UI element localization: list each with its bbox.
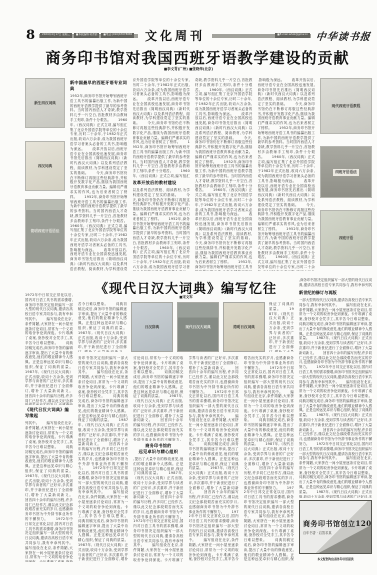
- text-column: 新中国最早的西班牙语专业词典 1952年,商务印书馆开始筹划西班牙语工具书的编纂…: [70, 78, 128, 271]
- text-column: 学界与读者的广泛好评,多次重印,并于新世纪进行了全面修订,增补了大量新词新义。 …: [189, 356, 239, 562]
- date-line: 2024年4月17日 星期三: [40, 33, 72, 38]
- header-rule-left: 2024年4月17日 星期三 ■本版编辑:陈菁霞 ■电话:(010)670788…: [39, 34, 138, 38]
- body-text: ,商务印书馆决定组织编写一部大型的现代日汉词典,邀请各高校日语专家共同参与,我有…: [299, 278, 372, 288]
- book-cover-title: 现代西班牙语教程: [332, 104, 361, 109]
- text-column: 讨论词目,常常为一个义项的取舍争论到深夜。卡片堆满了桌案,誊抄校对全凭手工,其辛…: [133, 356, 183, 562]
- column-subheading: 新世纪的修订与再版: [299, 290, 372, 296]
- page-number: 8: [26, 28, 35, 43]
- body-text: 京外国语学院等单位的十余位专家,历时二十余年,于1982年正式出版,收词六万余条…: [133, 78, 191, 178]
- book-cover-title: 新生西汉词典: [34, 101, 56, 106]
- body-text: 1972年中日邦交正常化以后,国内对日语工具书的需求骤增,商务印书馆决定组织编写…: [25, 293, 73, 405]
- body-text: 1952年,商务印书馆开始筹划西班牙语工具书的编纂出版工作,为新中国的西班牙语教…: [70, 94, 128, 271]
- body-text: ,影响极为深远。 改革开放以后,西班牙语专业在全国高校迅速发展,商务印书馆先后推…: [258, 78, 316, 271]
- body-text: 讨论词目,常常为一个义项的取舍争论到深夜。卡片堆满了桌案,誊抄校对全凭手工,其辛…: [133, 356, 183, 441]
- dictionary-photo: 现代日汉大词典: [177, 302, 219, 352]
- book-cover-title: 西汉词典: [38, 164, 52, 169]
- body-text: 奇缺,教学资料几乎一片空白,首批教材多由教师手工刻印,条件十分艰苦。 1960年…: [195, 78, 253, 271]
- page-header: 8 2024年4月17日 星期三 ■本版编辑:陈菁霞 ■电话:(010)6707…: [26, 28, 371, 43]
- body-text: 列其中。 编写组设在北京,条件简陋,大家挤在一间小屋里逐条讨论词目,常常为一个义…: [25, 421, 73, 562]
- body-text: 苦今日难以想象。 词典初稿完成后,商务印书馆的编辑逐字审读,提出了大量中肯的修改…: [78, 302, 127, 352]
- left-cover-rail: 新生西汉词典 西汉词典 简明西班牙语语法: [25, 78, 65, 271]
- text-column: 1972年中日邦交正常化以后,国内对日语工具书的需求骤增,商务印书馆决定组织编写…: [25, 278, 73, 562]
- text-column: 京外国语学院等单位的十余位专家,历时二十余年,于1982年正式出版,收词六万余条…: [133, 78, 191, 271]
- bottom-article-center: 《现代日汉大词典》编写忆往 ■宋文军 苦今日难以想象。 词典初稿完成后,商务印书…: [78, 278, 294, 562]
- right-sidebar-column: ,商务印书馆决定组织编写一部大型的现代日汉词典,邀请各高校日语专家共同参与,我有…: [299, 278, 372, 562]
- dictionary-photo: 简明日汉词典: [223, 302, 265, 352]
- photo-row: 苦今日难以想象。 词典初稿完成后,商务印书馆的编辑逐字审读,提出了大量中肯的修改…: [78, 302, 294, 352]
- bottom-article-headline: 《现代日汉大词典》编写忆往: [78, 278, 294, 294]
- book-cover-image: 简明西班牙语语法: [25, 199, 65, 263]
- book-cover-image: 新生西汉词典: [25, 78, 65, 128]
- top-article-byline: ■李文青(广州) ■张晓华(北京): [0, 67, 377, 72]
- newspaper-page: 8 2024年4月17日 星期三 ■本版编辑:陈菁霞 ■电话:(010)6707…: [0, 0, 377, 575]
- body-text: 务印书馆决定组织编写一部大型的现代日汉词典,邀请各高校日语专家共同参与,我有幸忝…: [78, 356, 128, 562]
- masthead-logo: 中华读书报: [315, 28, 372, 43]
- photo-title: 日汉辞典: [145, 325, 159, 330]
- body-text: 以及系列语法教程、阅读教材,为学科建设奠定了坚实的基础。 今天,商务印书馆仍在不…: [133, 188, 191, 271]
- column-subheading: 改革开放后的教材建设: [133, 180, 191, 186]
- ad-subtext: 百年书香 · 启智求真: [303, 531, 368, 536]
- column-subheading: 商务印书馆的 远见卓识与精心组织: [133, 443, 183, 455]
- body-text: 一部大型的现代日汉词典,邀请各高校日语专家共同参与,我有幸忝列其中。 编写组设在…: [299, 298, 372, 498]
- top-article-body: 新生西汉词典 西汉词典 简明西班牙语语法 新中国最早的西班牙语专业词典 1952…: [25, 78, 372, 271]
- subheading-line-2: 远见卓识与精心组织: [139, 449, 179, 454]
- bottom-article-byline: ■宋文军: [78, 294, 294, 302]
- book-cover-title: 西班牙语语法: [333, 169, 359, 176]
- book-cover-image: 现代西班牙语教程: [320, 78, 372, 134]
- book-cover-image: 西班牙语: [320, 210, 372, 266]
- column-subheading: 新中国最早的西班牙语专业词典: [70, 80, 128, 92]
- header-rule-right: ■E-mail:whzk@gmw.cn: [212, 34, 311, 38]
- section-title: 文化周刊: [145, 27, 205, 44]
- subheading-line-1: 商务印书馆的: [145, 443, 171, 448]
- editor-line: ■本版编辑:陈菁霞: [74, 33, 99, 38]
- ad-headline: 商务印书馆创立120年: [303, 519, 368, 529]
- text-column: 务印书馆决定组织编写一部大型的现代日汉词典,邀请各高校日语专家共同参与,我有幸忝…: [78, 356, 128, 562]
- top-article-headline: 商务印书馆对我国西班牙语教学建设的贡献: [30, 47, 365, 68]
- column-subheading: 《现代日汉大词典》编写缘起: [25, 407, 73, 419]
- publisher-ad-image: 商务印书馆创立120年 百年书香 · 启智求真: [299, 500, 372, 554]
- book-cover-image: 西班牙语语法: [320, 146, 372, 198]
- book-cover-title: 西班牙语: [339, 236, 353, 241]
- book-cover-image: 西汉词典: [25, 141, 65, 191]
- body-text: 保证了词典的质量。 1987年,《现代日汉大词典》正式出版,收词十万余条,受到学…: [269, 302, 294, 352]
- email-line: ■E-mail:whzk@gmw.cn: [275, 33, 310, 38]
- photo-title: 简明日汉词典: [233, 325, 255, 330]
- bottom-article: 1972年中日邦交正常化以后,国内对日语工具书的需求骤增,商务印书馆决定组织编写…: [25, 278, 372, 562]
- book-cover-title: 简明西班牙语语法: [31, 229, 60, 234]
- text-column: ,影响极为深远。 改革开放以后,西班牙语专业在全国高校迅速发展,商务印书馆先后推…: [258, 78, 316, 271]
- dictionary-photo: 日汉辞典: [131, 302, 173, 352]
- right-cover-rail: 现代西班牙语教程 西班牙语语法 西班牙语: [320, 78, 372, 271]
- body-text: 学界与读者的广泛好评,多次重印,并于新世纪进行了全面修订,增补了大量新词新义。 …: [189, 356, 239, 562]
- bottom-text-columns: 务印书馆决定组织编写一部大型的现代日汉词典,邀请各高校日语专家共同参与,我有幸忝…: [78, 356, 294, 562]
- photo-title: 现代日汉大词典: [185, 325, 210, 330]
- photo-credit-caption: 本文配图均由商务印书馆提供: [299, 557, 372, 562]
- phone-line: ■电话:(010)67078865: [101, 33, 134, 38]
- body-text: 艰苦而充实的岁月,也感谢商务印书馆为中外辞书事业所作的不懈努力。 1972年中日…: [244, 356, 294, 562]
- text-column: 艰苦而充实的岁月,也感谢商务印书馆为中外辞书事业所作的不懈努力。 1972年中日…: [244, 356, 294, 562]
- text-column: 奇缺,教学资料几乎一片空白,首批教材多由教师手工刻印,条件十分艰苦。 1960年…: [195, 78, 253, 271]
- body-text: ,提出了大量中肯的修改意见,他们的敬业精神令人感佩。正是这种远见卓识与精心组织,…: [133, 457, 183, 562]
